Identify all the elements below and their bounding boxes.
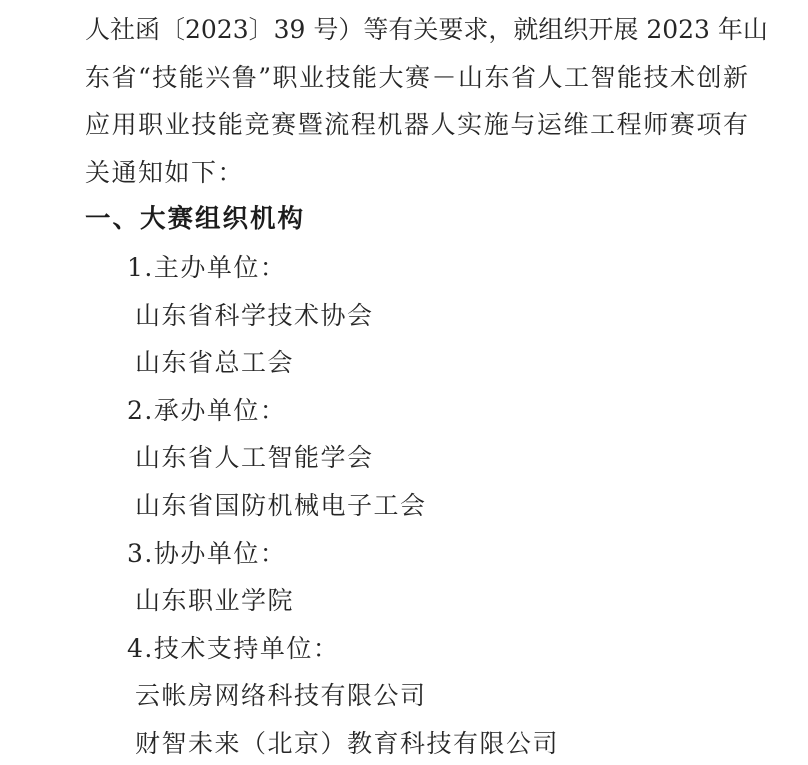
list-item-organization: 云帐房网络科技有限公司	[135, 672, 748, 720]
list-item-organization: 山东省国防机械电子工会	[135, 482, 748, 530]
section-heading: 一、大赛组织机构	[85, 196, 748, 244]
paragraph-line: 东省“技能兴鲁”职业技能大赛－山东省人工智能技术创新	[85, 54, 748, 102]
list-item-organization: 山东省总工会	[135, 339, 748, 387]
paragraph-line: 关通知如下：	[85, 149, 748, 197]
list-item-numbered: 3.协办单位：	[127, 530, 748, 578]
document-page: 人社函〔2023〕39 号）等有关要求，就组织开展 2023 年山 东省“技能兴…	[0, 0, 808, 765]
list-item-organization: 山东职业学院	[135, 577, 748, 625]
list-item-organization: 山东省科学技术协会	[135, 292, 748, 340]
list-item-numbered: 4.技术支持单位：	[127, 625, 748, 673]
list-item-organization: 山东省人工智能学会	[135, 434, 748, 482]
paragraph-line: 应用职业技能竞赛暨流程机器人实施与运维工程师赛项有	[85, 101, 748, 149]
list-item-numbered: 2.承办单位：	[127, 387, 748, 435]
list-item-organization: 财智未来（北京）教育科技有限公司	[135, 720, 748, 765]
list-item-numbered: 1.主办单位：	[127, 244, 748, 292]
document-text-block: 人社函〔2023〕39 号）等有关要求，就组织开展 2023 年山 东省“技能兴…	[85, 6, 748, 765]
paragraph-line: 人社函〔2023〕39 号）等有关要求，就组织开展 2023 年山	[85, 6, 748, 54]
